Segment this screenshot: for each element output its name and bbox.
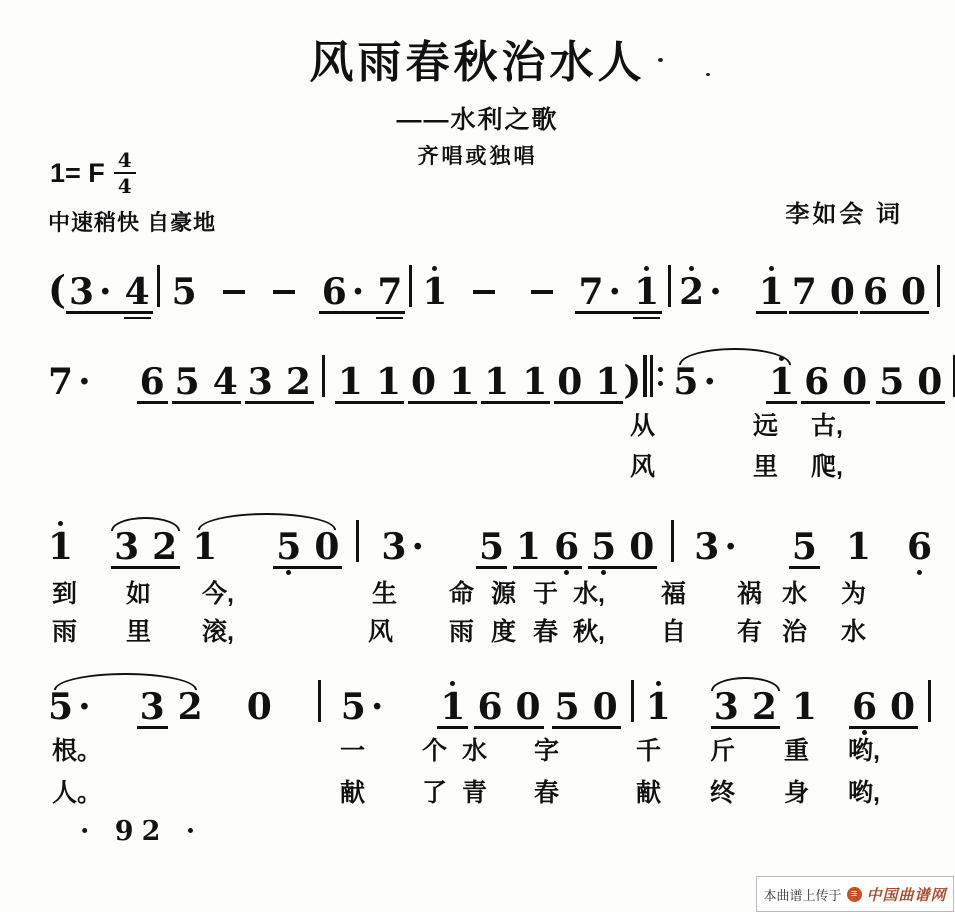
- barline: [157, 265, 160, 307]
- lyric-syllable: 献: [340, 773, 365, 809]
- score-line-1: (3·456·717·12·17060: [48, 243, 916, 307]
- note: 7·: [578, 277, 621, 307]
- spacer: [203, 721, 247, 722]
- spacer: [168, 721, 178, 722]
- barline: [928, 680, 931, 722]
- note-group: 32: [711, 692, 780, 729]
- note: 1: [595, 367, 620, 397]
- augmentation-dot: ·: [371, 686, 384, 728]
- octave-down-dot: [564, 570, 569, 575]
- spacer: [383, 721, 437, 722]
- note: 6: [852, 692, 877, 722]
- dash-note: [223, 290, 245, 295]
- note-group: 16: [513, 532, 582, 569]
- score-symbol: ): [623, 363, 641, 397]
- note: 6: [477, 692, 502, 722]
- lyric-syllable: 如: [126, 574, 151, 610]
- spacer: [945, 396, 953, 397]
- spacer: [495, 306, 531, 307]
- augmentation-dot: ·: [703, 361, 716, 403]
- note: 3·: [694, 532, 737, 562]
- note: 3: [714, 692, 739, 722]
- octave-up-dot: [644, 266, 649, 271]
- lyric-syllable: 人。: [52, 773, 102, 809]
- spacer: [447, 306, 473, 307]
- spacer: [359, 561, 381, 562]
- lyric-syllable: 为: [841, 574, 866, 610]
- lyric-syllable: 千: [636, 731, 661, 767]
- note: 7: [792, 277, 817, 307]
- note: 3: [114, 532, 139, 562]
- lyric-syllable: 滚,: [202, 612, 234, 648]
- note: 1: [759, 277, 784, 307]
- slur-arc-group: 150: [192, 532, 342, 562]
- augmentation-dot: ·: [78, 686, 91, 728]
- score-line-2: 7·6543211011101)5·16050: [48, 333, 916, 397]
- spacer: [634, 721, 646, 722]
- note: 5: [555, 692, 580, 722]
- barline: [937, 265, 940, 307]
- lyric-syllable: 治: [782, 612, 807, 648]
- lyric-syllable: 福: [661, 574, 686, 610]
- note: 6: [554, 532, 579, 562]
- spacer: [424, 561, 476, 562]
- lyric-syllable: 献: [636, 773, 661, 809]
- note-group: 32: [245, 367, 314, 404]
- spacer: [674, 561, 694, 562]
- octave-up-dot: [769, 266, 774, 271]
- note-group: 11: [481, 367, 550, 404]
- lyric-syllable: 雨: [449, 612, 474, 648]
- spacer: [657, 561, 671, 562]
- note: 4: [125, 277, 150, 307]
- spacer: [325, 396, 335, 397]
- note: 0: [830, 277, 855, 307]
- lyric-syllable: 到: [52, 574, 77, 610]
- augmentation-dot: ·: [724, 526, 737, 568]
- note: 2: [178, 692, 203, 722]
- lyric-syllable: 哟,: [848, 731, 880, 767]
- lyric-syllable: 远: [753, 406, 778, 442]
- lyric-syllable: 水: [782, 574, 807, 610]
- note: 1: [440, 692, 465, 722]
- spacer: [314, 396, 322, 397]
- spacer: [929, 306, 937, 307]
- spacer: [295, 306, 319, 307]
- note-group: 2·: [679, 277, 722, 307]
- spacer: [217, 561, 273, 562]
- lyric-syllable: 根。: [52, 731, 102, 767]
- meter-numerator: 4: [114, 150, 136, 174]
- note: 0: [890, 692, 915, 722]
- lyric-syllable: 个: [422, 731, 447, 767]
- note: 5: [591, 532, 616, 562]
- note-group: 3·: [694, 532, 737, 562]
- note-group: 1: [48, 532, 73, 562]
- dash-note: [273, 290, 295, 295]
- meter-denominator: 4: [118, 174, 132, 196]
- octave-up-dot: [689, 266, 694, 271]
- note-group: 60: [474, 692, 543, 729]
- note-group: 6: [907, 532, 932, 562]
- barline: [318, 680, 321, 722]
- spacer: [412, 306, 422, 307]
- spacer: [91, 721, 137, 722]
- lyric-syllable: 青: [462, 773, 487, 809]
- octave-up-dot: [432, 266, 437, 271]
- note: 5·: [48, 692, 91, 722]
- note: 5: [276, 532, 301, 562]
- note-group: 1: [766, 367, 797, 404]
- lyric-syllable: 里: [126, 612, 151, 648]
- spacer: [180, 561, 192, 562]
- lyric-syllable: 字: [534, 731, 559, 767]
- note: 2: [752, 692, 777, 722]
- note: 1: [338, 367, 363, 397]
- lyric-syllable: 爬,: [811, 447, 843, 483]
- note: 1: [522, 367, 547, 397]
- note: 6: [863, 277, 888, 307]
- spacer: [932, 561, 955, 562]
- barline: [322, 355, 325, 397]
- note-group: 1: [192, 532, 217, 562]
- score-symbol: (: [48, 273, 66, 307]
- lyric-syllable: 今,: [202, 574, 234, 610]
- note: 1: [846, 532, 871, 562]
- spacer: [342, 561, 356, 562]
- tempo-marking: 中速稍快 自豪地: [48, 206, 216, 237]
- note-group: 3·4: [66, 277, 153, 314]
- note-group: 60: [849, 692, 918, 729]
- repeat-dot: [658, 381, 663, 386]
- note-group: 3·: [381, 532, 424, 562]
- slur-arc-group: 5·1: [673, 367, 797, 397]
- spacer: [73, 561, 111, 562]
- note: 1: [48, 532, 73, 562]
- note-group: 5: [476, 532, 507, 569]
- song-subtitle: ——水利之歌: [0, 100, 955, 136]
- note: 0: [901, 277, 926, 307]
- octave-down-dot: [286, 570, 291, 575]
- note: 2: [286, 367, 311, 397]
- spacer: [722, 306, 756, 307]
- note-group: 7·: [48, 367, 91, 397]
- augmentation-dot: ·: [352, 271, 365, 313]
- barline: [668, 265, 671, 307]
- augmentation-dot: ·: [609, 271, 622, 313]
- note: 0: [629, 532, 654, 562]
- octave-up-dot: [450, 681, 455, 686]
- spacer: [272, 721, 318, 722]
- note: 5·: [341, 692, 384, 722]
- note-group: 5: [789, 532, 820, 569]
- lyric-syllable: 水: [462, 731, 487, 767]
- key-signature: 1= F 4 4: [50, 150, 136, 196]
- note: 6: [907, 532, 932, 562]
- note-group: 6·7: [319, 277, 406, 314]
- spacer: [91, 396, 137, 397]
- note-group: 5·: [673, 367, 716, 397]
- note-group: 5·: [48, 692, 91, 722]
- note: 0: [557, 367, 582, 397]
- note: 6: [140, 367, 165, 397]
- lyric-syllable: 风: [368, 612, 393, 648]
- double-underline: [124, 317, 151, 320]
- note: 1: [516, 532, 541, 562]
- note: 5: [172, 277, 197, 307]
- lyric-syllable: 古,: [811, 406, 843, 442]
- note: 5: [175, 367, 200, 397]
- note: 6·: [322, 277, 365, 307]
- lyric-syllable: 生: [372, 574, 397, 610]
- time-signature: 4 4: [114, 150, 136, 196]
- note-group: 50: [588, 532, 657, 569]
- spacer: [737, 561, 789, 562]
- note-group: 1: [646, 692, 671, 722]
- note-group: 1: [756, 277, 787, 314]
- note: 1: [792, 692, 817, 722]
- repeat-bar: [643, 355, 647, 397]
- note: 2·: [679, 277, 722, 307]
- note-group: 3: [137, 692, 168, 729]
- note-group: 50: [552, 692, 621, 729]
- music-site-logo-icon: ≡: [847, 887, 862, 902]
- note: 5: [479, 532, 504, 562]
- spacer: [820, 561, 846, 562]
- augmentation-dot: ·: [411, 526, 424, 568]
- note-group: 1: [437, 692, 468, 729]
- lyric-syllable: 于: [533, 574, 558, 610]
- lyric-syllable: 风: [630, 447, 655, 483]
- lyric-syllable: 自: [661, 612, 686, 648]
- note: 1: [449, 367, 474, 397]
- lyric-syllable: 有: [737, 612, 762, 648]
- sheet-music-page: 风雨春秋治水人 ——水利之歌 齐唱或独唱 1= F 4 4 李如会 词 中速稍快…: [0, 0, 955, 912]
- spacer: [918, 721, 928, 722]
- repeat-bar: [650, 355, 654, 397]
- note-group: 11: [335, 367, 404, 404]
- key-label: 1= F: [50, 158, 105, 189]
- barline: [631, 680, 634, 722]
- note: 5·: [673, 367, 716, 397]
- note: 3: [140, 692, 165, 722]
- note: 5: [879, 367, 904, 397]
- watermark-site-name: 中国曲谱网: [867, 884, 947, 905]
- spacer: [817, 721, 849, 722]
- lyric-syllable: 斤: [710, 731, 735, 767]
- note-group: 0: [247, 692, 272, 722]
- note-group: 1: [792, 692, 817, 722]
- lyric-syllable: 春: [533, 612, 558, 648]
- augmentation-dot: ·: [99, 271, 112, 313]
- print-speck: [706, 73, 710, 76]
- performance-note: 齐唱或独唱: [0, 140, 955, 170]
- note-group: 6: [137, 367, 168, 404]
- repeat-dot: [658, 367, 663, 372]
- lyric-syllable: 一: [340, 731, 365, 767]
- score-line-4: 5·3205·16050132160: [48, 658, 916, 722]
- lyric-syllable: 源: [491, 574, 516, 610]
- double-underline: [376, 317, 403, 320]
- note: 1: [376, 367, 401, 397]
- note: 1: [192, 532, 217, 562]
- note: 3·: [381, 532, 424, 562]
- note: 0: [917, 367, 942, 397]
- note-group: 5: [172, 277, 197, 307]
- lyric-syllable: 祸: [737, 574, 762, 610]
- note-group: 60: [860, 277, 929, 314]
- lyric-syllable: 了: [422, 773, 447, 809]
- note-group: 1: [846, 532, 871, 562]
- double-underline: [633, 317, 660, 320]
- note-group: 60: [801, 367, 870, 404]
- lyric-syllable: 水,: [573, 574, 605, 610]
- note-group: 1: [422, 277, 447, 307]
- note-group: 70: [789, 277, 858, 314]
- lyric-syllable: 命: [449, 574, 474, 610]
- spacer: [321, 721, 341, 722]
- song-title: 风雨春秋治水人: [0, 26, 955, 90]
- barline: [409, 265, 412, 307]
- note-group: 5·: [341, 692, 384, 722]
- spacer: [780, 721, 792, 722]
- spacer: [621, 721, 631, 722]
- note: 1: [769, 367, 794, 397]
- score-line-3: 1321503·516503·516: [48, 498, 916, 562]
- lyric-syllable: 秋,: [573, 612, 605, 648]
- note: 0: [411, 367, 436, 397]
- note: 1: [484, 367, 509, 397]
- note-group: 2: [178, 692, 203, 722]
- repeat-dots: [658, 355, 663, 397]
- lyric-syllable: 身: [784, 773, 809, 809]
- note-group: 01: [554, 367, 623, 404]
- note: 3: [248, 367, 273, 397]
- note-group: 01: [408, 367, 477, 404]
- note: 0: [247, 692, 272, 722]
- lyric-syllable: 水: [841, 612, 866, 648]
- lyric-syllable: 重: [784, 731, 809, 767]
- note-group: 54: [172, 367, 241, 404]
- note: 7: [377, 277, 402, 307]
- dash-note: [531, 290, 553, 295]
- note-group: 7·1: [575, 277, 662, 314]
- watermark-text: 本曲谱上传于: [763, 885, 841, 904]
- note: 2: [152, 532, 177, 562]
- note: 1: [634, 277, 659, 307]
- note: 0: [842, 367, 867, 397]
- spacer: [871, 561, 907, 562]
- repeat-sign: [643, 355, 663, 397]
- page-number: · 92 ·: [80, 816, 203, 847]
- note: 4: [213, 367, 238, 397]
- dash-note: [473, 290, 495, 295]
- note: 1: [646, 692, 671, 722]
- spacer: [553, 306, 575, 307]
- octave-up-dot: [779, 356, 784, 361]
- augmentation-dot: ·: [78, 361, 91, 403]
- spacer: [544, 721, 552, 722]
- lyric-syllable: 雨: [52, 612, 77, 648]
- lyricist-credit: 李如会 词: [785, 194, 903, 229]
- lyric-syllable: 从: [630, 406, 655, 442]
- spacer: [160, 306, 172, 307]
- spacer: [665, 396, 673, 397]
- slur-arc-group: 5·32: [48, 692, 203, 722]
- lyric-syllable: 里: [753, 447, 778, 483]
- lyric-syllable: 春: [534, 773, 559, 809]
- spacer: [197, 306, 223, 307]
- note: 3·: [69, 277, 112, 307]
- note-group: 50: [273, 532, 342, 569]
- note: 0: [314, 532, 339, 562]
- lyric-syllable: 度: [491, 612, 516, 648]
- lyric-syllable: 终: [710, 773, 735, 809]
- note: 5: [792, 532, 817, 562]
- barline: [671, 520, 674, 562]
- note: 6: [804, 367, 829, 397]
- print-speck: [658, 58, 663, 62]
- note: 0: [516, 692, 541, 722]
- octave-up-dot: [656, 681, 661, 686]
- watermark-box: 本曲谱上传于 ≡ 中国曲谱网: [756, 876, 954, 912]
- spacer: [245, 306, 273, 307]
- note: 1: [422, 277, 447, 307]
- lyric-syllable: 哟,: [848, 773, 880, 809]
- note: 0: [593, 692, 618, 722]
- augmentation-dot: ·: [709, 271, 722, 313]
- spacer: [716, 396, 766, 397]
- spacer: [671, 306, 679, 307]
- note: 7·: [48, 367, 91, 397]
- barline: [356, 520, 359, 562]
- spacer: [671, 721, 711, 722]
- octave-up-dot: [58, 521, 63, 526]
- note-group: 32: [111, 532, 180, 569]
- note-group: 50: [876, 367, 945, 404]
- octave-down-dot: [917, 570, 922, 575]
